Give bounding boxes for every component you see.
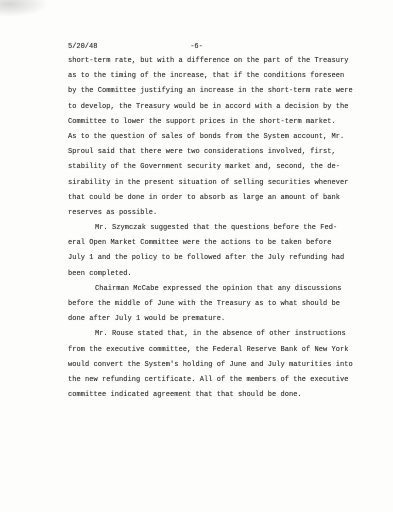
text-line: sirability in the present situation of s… — [68, 176, 358, 191]
text-line: that could be done in order to absorb as… — [68, 191, 358, 206]
text-line: done after July 1 would be premature. — [68, 312, 358, 327]
text-line: committee indicated agreement that that … — [68, 388, 358, 403]
page-number: -6- — [0, 42, 393, 53]
scanned-document-page: 5/20/48 -6- short-term rate, but with a … — [0, 0, 393, 512]
text-line: been completed. — [68, 267, 358, 282]
scan-smudge — [0, 0, 46, 16]
text-line: to develop, the Treasury would be in acc… — [68, 100, 358, 115]
text-line: as to the timing of the increase, that i… — [68, 69, 358, 84]
text-line: Committee to lower the support prices in… — [68, 115, 358, 130]
text-line-paragraph-start: Chairman McCabe expressed the opinion th… — [68, 282, 358, 297]
text-line: July 1 and the policy to be followed aft… — [68, 251, 358, 266]
text-line: eral Open Market Committee were the acti… — [68, 236, 358, 251]
text-line: from the executive committee, the Federa… — [68, 343, 358, 358]
text-line: stability of the Government security mar… — [68, 160, 358, 175]
document-body: short-term rate, but with a difference o… — [68, 54, 358, 403]
text-line: by the Committee justifying an increase … — [68, 84, 358, 99]
text-line: reserves as possible. — [68, 206, 358, 221]
text-line-paragraph-start: Mr. Szymczak suggested that the question… — [68, 221, 358, 236]
text-line: As to the question of sales of bonds fro… — [68, 130, 358, 145]
text-line: would convert the System's holding of Ju… — [68, 358, 358, 373]
text-line-paragraph-start: Mr. Rouse stated that, in the absence of… — [68, 327, 358, 342]
text-line: short-term rate, but with a difference o… — [68, 54, 358, 69]
text-line: the new refunding certificate. All of th… — [68, 373, 358, 388]
text-line: before the middle of June with the Treas… — [68, 297, 358, 312]
page-header: 5/20/48 -6- — [0, 42, 393, 53]
text-line: Sproul said that there were two consider… — [68, 145, 358, 160]
